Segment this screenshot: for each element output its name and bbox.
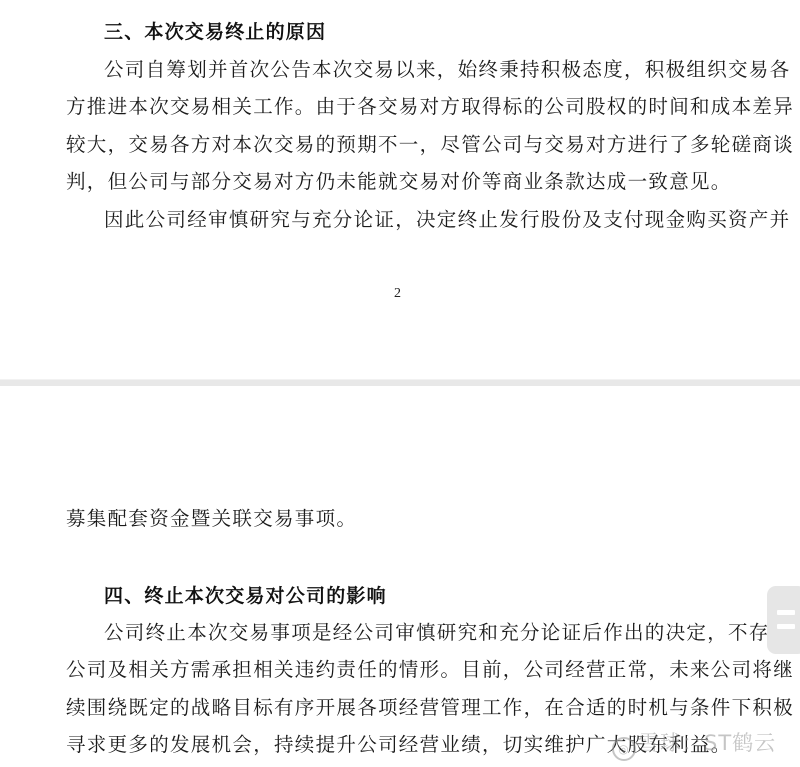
paragraph-line: 方推进本次交易相关工作。由于各交易对方取得标的公司股权的时间和成本差异: [66, 94, 734, 120]
paragraph-line: 较大，交易各方对本次交易的预期不一，尽管公司与交易对方进行了多轮磋商谈: [66, 132, 734, 158]
menu-handle-icon: [777, 624, 795, 629]
paragraph-line: 因此公司经审慎研究与充分论证，决定终止发行股份及支付现金购买资产并: [104, 207, 734, 233]
paragraph-line: 公司自筹划并首次公告本次交易以来，始终秉持积极态度，积极组织交易各: [104, 57, 734, 83]
paragraph-line: 公司终止本次交易事项是经公司审慎研究和充分论证后作出的决定，不存在: [104, 620, 734, 646]
menu-handle-icon: [777, 610, 795, 615]
side-drawer-handle[interactable]: [767, 586, 800, 654]
section-heading-reasons: 三、本次交易终止的原因: [104, 19, 326, 45]
paragraph-line: 续围绕既定的战略目标有序开展各项经营管理工作，在合适的时机与条件下积极: [66, 695, 734, 721]
paragraph-line: 判，但公司与部分交易对方仍未能就交易对价等商业条款达成一致意见。: [66, 169, 734, 195]
section-heading-impact: 四、终止本次交易对公司的影响: [104, 583, 387, 609]
paragraph-continuation-line: 募集配套资金暨关联交易事项。: [66, 506, 734, 532]
document-page-2: 募集配套资金暨关联交易事项。 四、终止本次交易对公司的影响 公司终止本次交易事项…: [0, 386, 800, 767]
page-number: 2: [394, 286, 401, 302]
paragraph-line: 寻求更多的发展机会，持续提升公司经营业绩，切实维护广大股东利益。: [66, 732, 734, 758]
document-page-1: 三、本次交易终止的原因 公司自筹划并首次公告本次交易以来，始终秉持积极态度，积极…: [0, 0, 800, 379]
paragraph-line: 公司及相关方需承担相关违约责任的情形。目前，公司经营正常，未来公司将继: [66, 657, 734, 683]
